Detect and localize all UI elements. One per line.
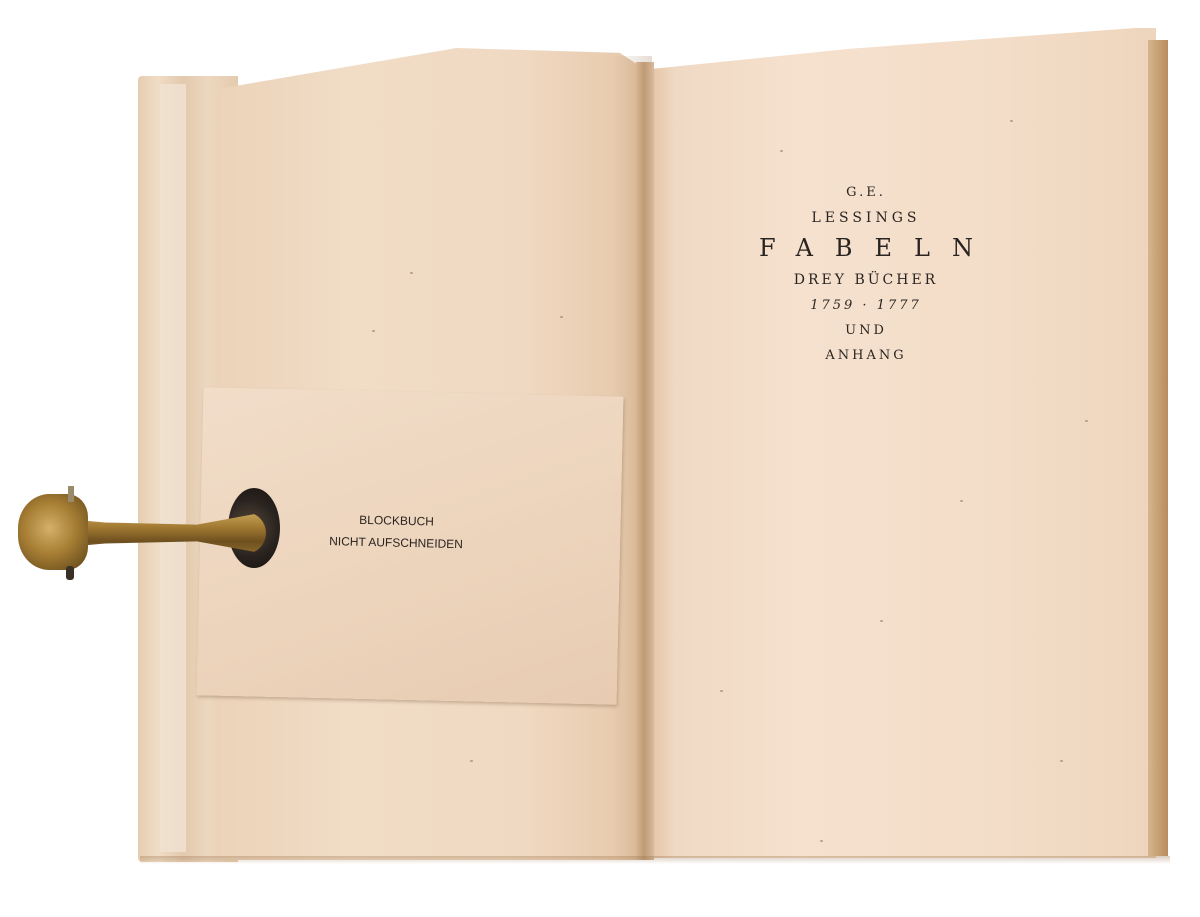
card-text: BLOCKBUCH NICHT AUFSCHNEIDEN <box>296 507 497 556</box>
author-name: LESSINGS <box>646 210 1086 226</box>
book-gutter <box>636 62 654 860</box>
book-left-edge-strip <box>160 84 186 852</box>
book-right-page <box>646 28 1156 858</box>
conjunction: UND <box>646 323 1086 338</box>
book-bottom-shadow <box>140 856 1170 864</box>
appendix: ANHANG <box>646 348 1086 363</box>
brass-clip-paw-head <box>18 494 88 570</box>
clip-pin-top <box>68 486 74 502</box>
book-title: FABELN <box>668 234 1086 262</box>
years: 1759 · 1777 <box>646 298 1086 313</box>
title-page-text: G.E. LESSINGS FABELN DREY BÜCHER 1759 · … <box>646 185 1086 363</box>
subtitle: DREY BÜCHER <box>646 272 1086 288</box>
clip-pin-bottom <box>66 566 74 580</box>
author-initials: G.E. <box>646 185 1086 200</box>
book-right-edge <box>1148 40 1168 856</box>
card-line-nicht-aufschneiden: NICHT AUFSCHNEIDEN <box>296 529 496 556</box>
